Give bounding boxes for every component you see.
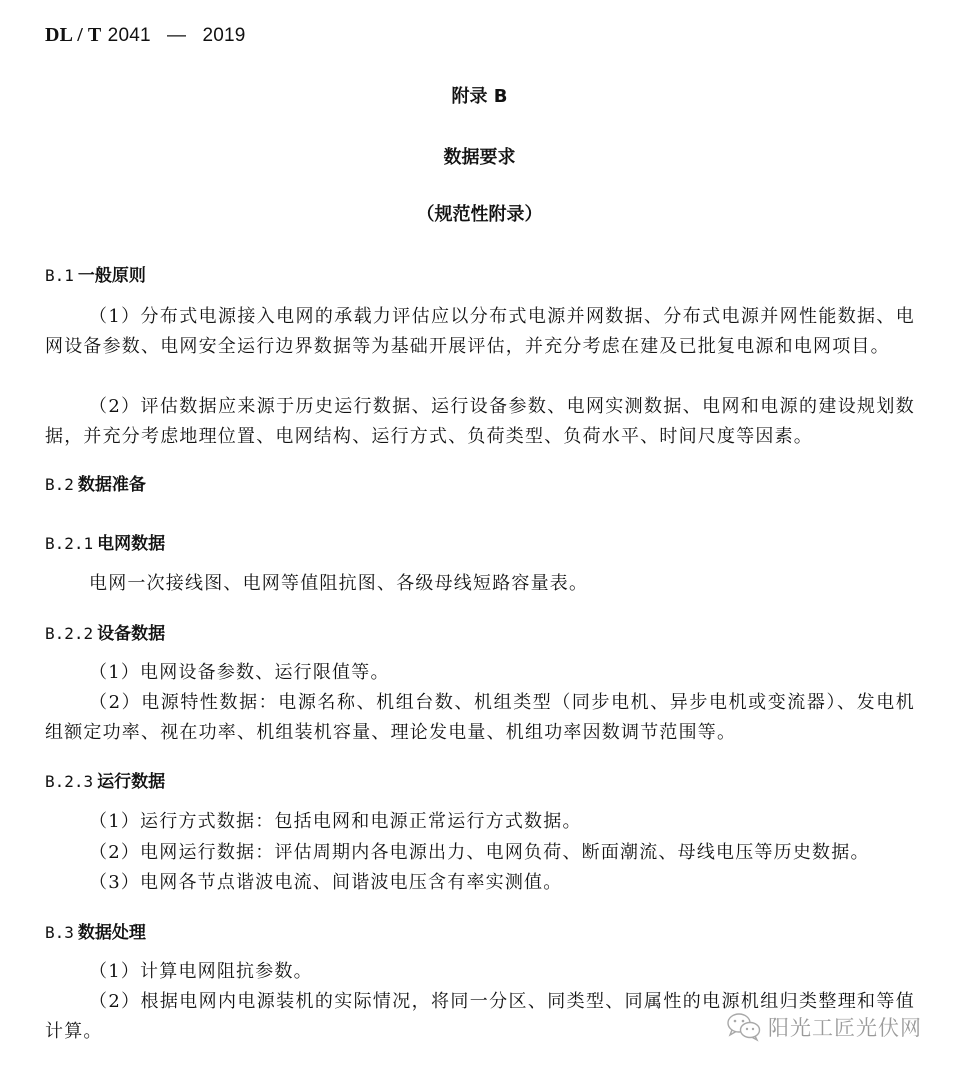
paragraph-b3-1: （1）计算电网阻抗参数。 [45, 957, 915, 987]
section-title: 数据准备 [78, 475, 146, 495]
standard-code: DL / T [45, 24, 101, 46]
header-dash: — [167, 25, 186, 47]
wechat-icon [726, 1012, 762, 1042]
appendix-title: 附录 B [0, 82, 959, 108]
section-heading-b21: B.2.1电网数据 [45, 529, 165, 554]
section-number: B.2 [45, 475, 74, 494]
section-number: B.2.1 [45, 534, 93, 553]
page-header: DL / T 2041 — 2019 [45, 24, 246, 47]
section-heading-b23: B.2.3运行数据 [45, 767, 165, 792]
standard-number: 2041 [108, 25, 151, 46]
section-title: 电网数据 [97, 534, 165, 554]
section-heading-b3: B.3数据处理 [45, 918, 146, 943]
paragraph-b1-1: （1）分布式电源接入电网的承载力评估应以分布式电源并网数据、分布式电源并网性能数… [45, 302, 915, 362]
section-heading-b22: B.2.2设备数据 [45, 619, 165, 644]
paragraph-b23-1: （1）运行方式数据：包括电网和电源正常运行方式数据。 [45, 807, 915, 837]
watermark-text: 阳光工匠光伏网 [768, 1012, 922, 1042]
paragraph-b22-2: （2）电源特性数据：电源名称、机组台数、机组类型（同步电机、异步电机或变流器）、… [45, 688, 915, 748]
section-title: 一般原则 [78, 266, 146, 286]
paragraph-b23-3: （3）电网各节点谐波电流、间谐波电压含有率实测值。 [45, 868, 915, 898]
section-number: B.2.3 [45, 772, 93, 791]
section-title: 数据处理 [78, 923, 146, 943]
standard-year: 2019 [202, 25, 245, 46]
section-number: B.2.2 [45, 624, 93, 643]
appendix-type: （规范性附录） [0, 200, 959, 226]
paragraph-b21-1: 电网一次接线图、电网等值阻抗图、各级母线短路容量表。 [45, 569, 915, 599]
section-heading-b1: B.1一般原则 [45, 261, 146, 286]
paragraph-b23-2: （2）电网运行数据：评估周期内各电源出力、电网负荷、断面潮流、母线电压等历史数据… [45, 838, 915, 868]
section-title: 运行数据 [97, 772, 165, 792]
section-number: B.3 [45, 923, 74, 942]
paragraph-b22-1: （1）电网设备参数、运行限值等。 [45, 658, 915, 688]
appendix-subject: 数据要求 [0, 143, 959, 169]
section-number: B.1 [45, 266, 74, 285]
section-heading-b2: B.2数据准备 [45, 470, 146, 495]
section-title: 设备数据 [97, 624, 165, 644]
paragraph-b1-2: （2）评估数据应来源于历史运行数据、运行设备参数、电网实测数据、电网和电源的建设… [45, 392, 915, 452]
watermark: 阳光工匠光伏网 [726, 1012, 922, 1042]
